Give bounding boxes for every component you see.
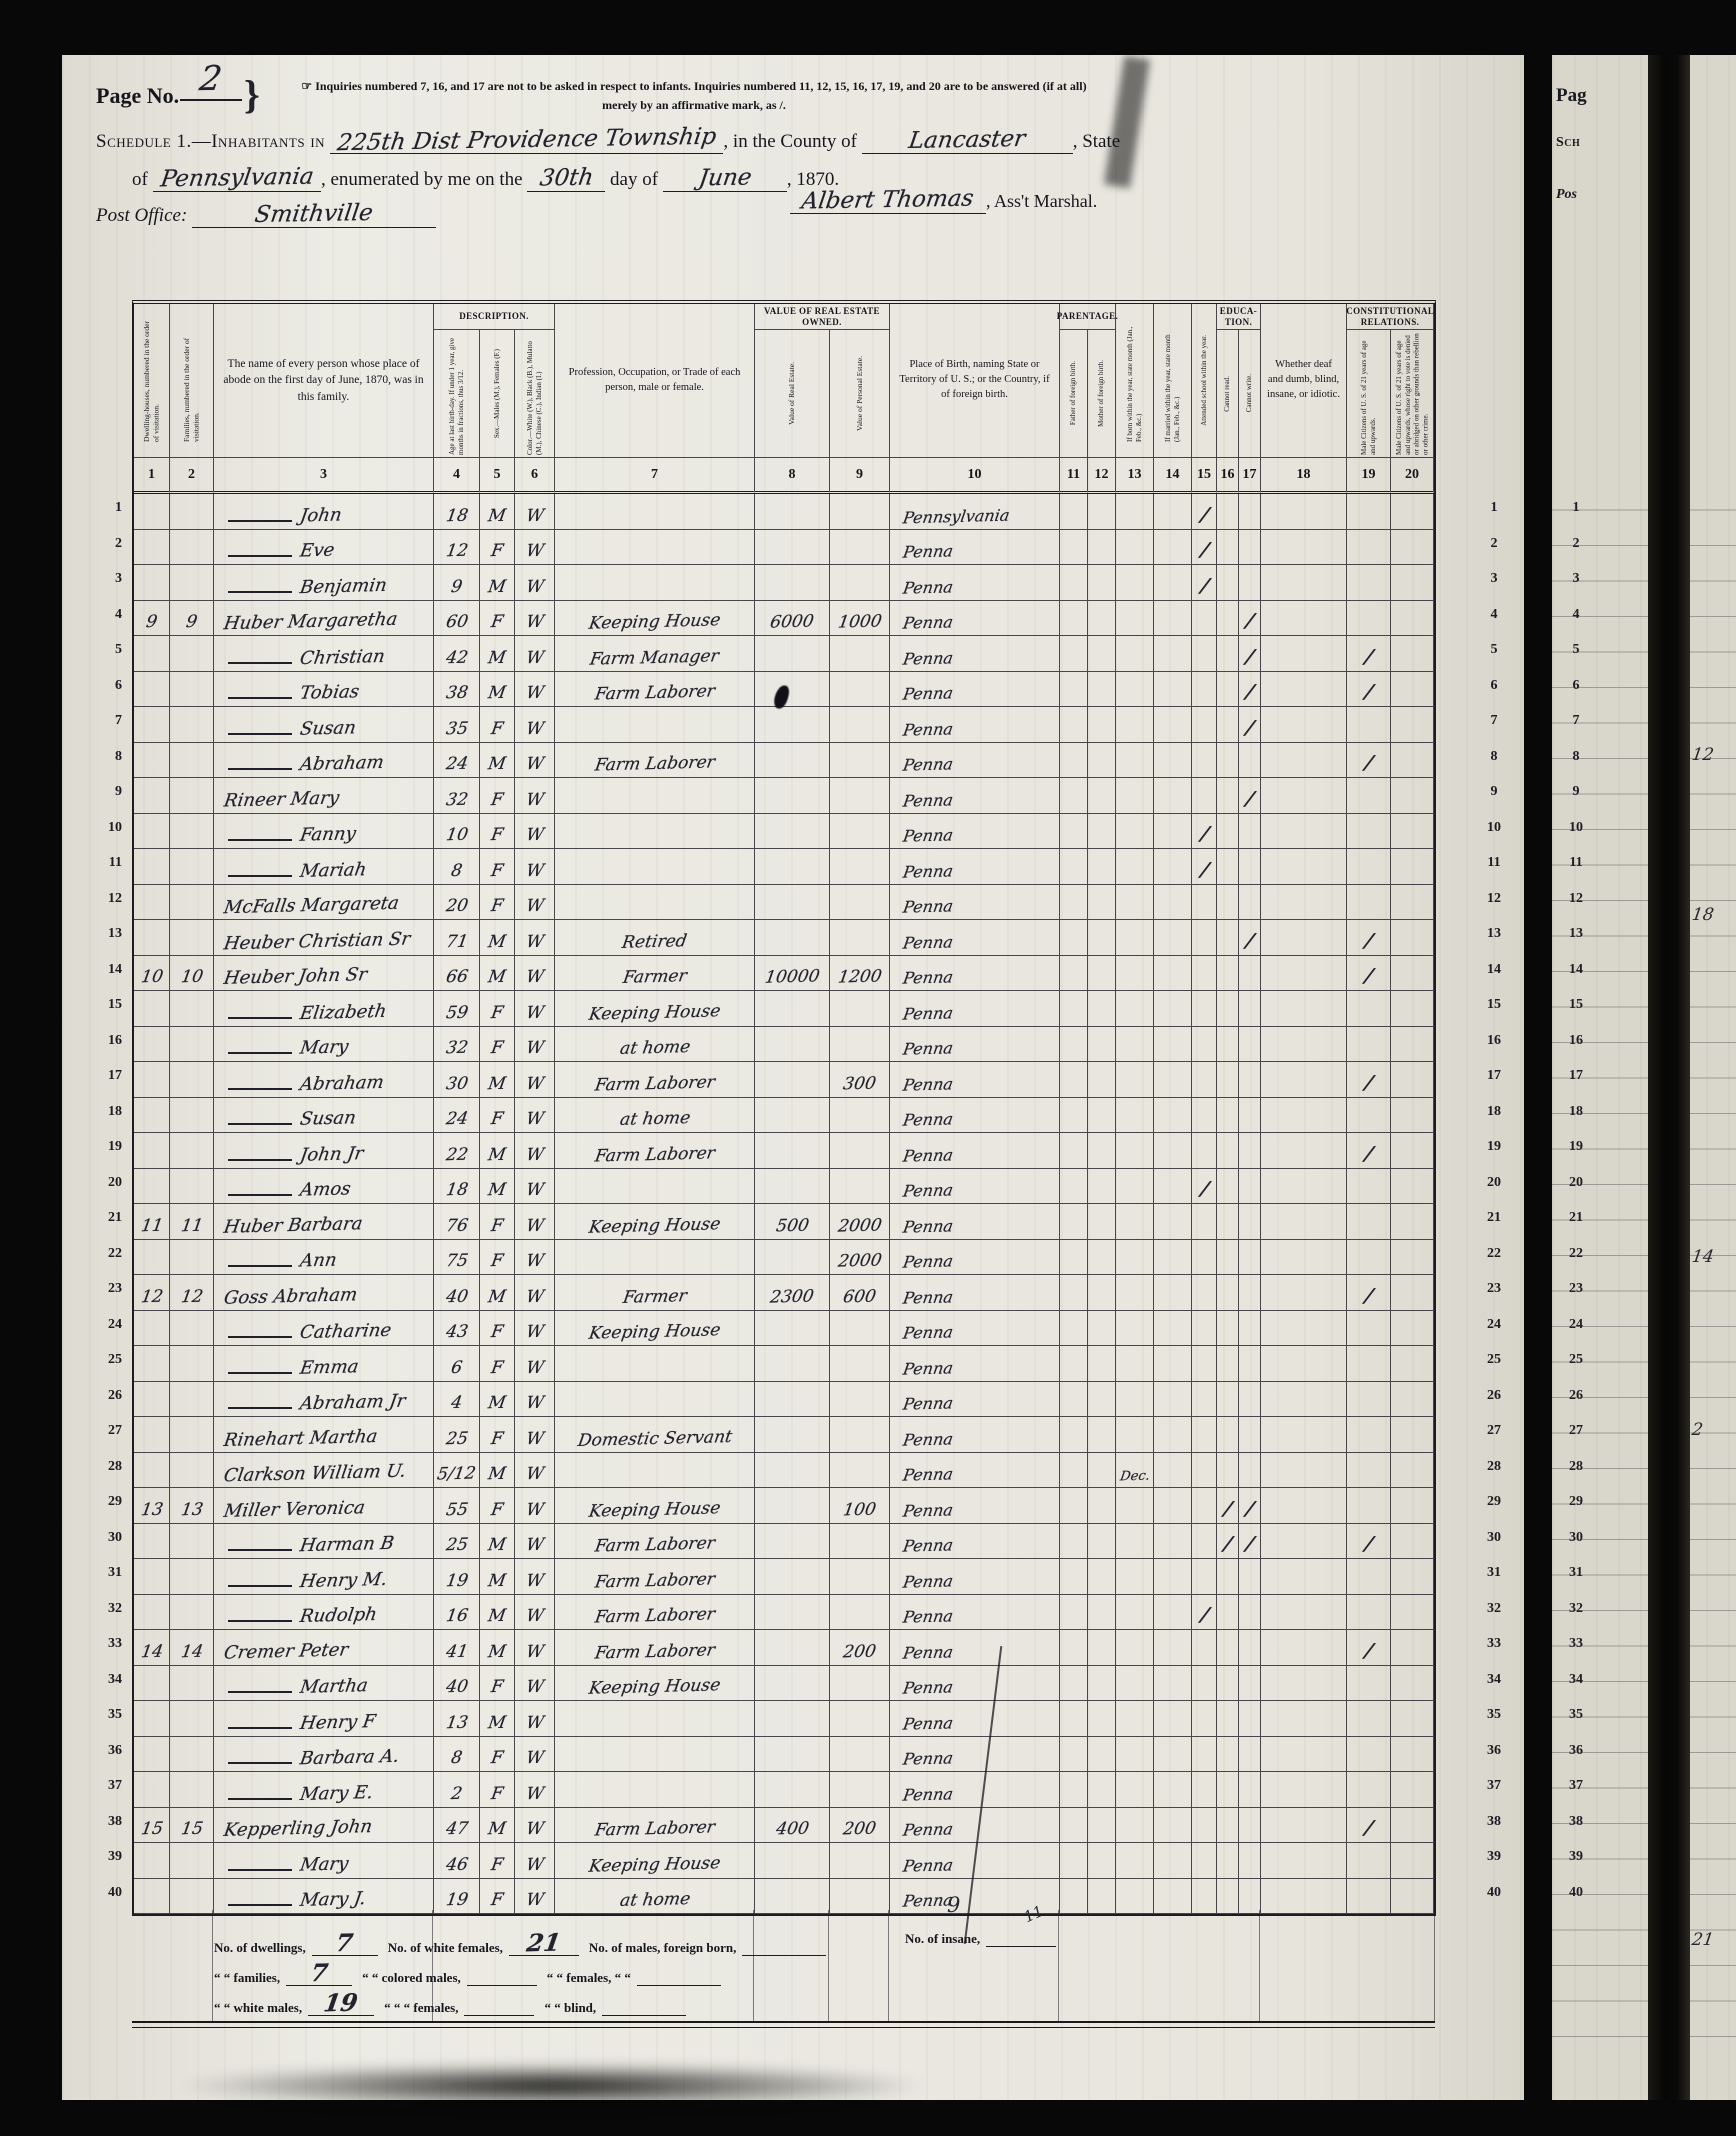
cell-m17-row38 <box>1239 1808 1261 1844</box>
cell-family-row17 <box>170 1062 214 1098</box>
handwritten-value: W <box>524 969 545 989</box>
cell-m16-row37 <box>1217 1772 1239 1808</box>
cell-dwelling-row18 <box>134 1098 170 1134</box>
cell-name-row18: Susan <box>214 1098 434 1134</box>
cell-m12-row25 <box>1088 1346 1116 1382</box>
cell-birthplace-row6: Penna <box>890 672 1060 708</box>
handwritten-value: 10 <box>179 969 204 990</box>
handwritten-value: F <box>490 1217 505 1237</box>
cell-personal-estate-row30 <box>830 1524 890 1560</box>
adjacent-page-mark-4: 2 <box>1691 1420 1736 1440</box>
margin-row-number-24: 24 <box>86 1307 122 1343</box>
margin-row-number-8: 8 <box>1560 739 1592 775</box>
cell-name-row27: Rinehart Martha <box>214 1417 434 1453</box>
cell-m20-row10 <box>1391 814 1434 850</box>
handwritten-value: Penna <box>901 650 954 670</box>
cell-m11-row33 <box>1060 1630 1088 1666</box>
cell-m17-row24 <box>1239 1311 1261 1347</box>
cell-color-row1: W <box>515 494 555 530</box>
handwritten-value: 600 <box>842 1288 878 1309</box>
cell-m18-row32 <box>1261 1595 1347 1631</box>
margin-row-number-4: 4 <box>1472 597 1516 633</box>
cell-color-row28: W <box>515 1453 555 1489</box>
handwritten-value: 13 <box>139 1501 164 1522</box>
margin-row-number-34: 34 <box>1560 1662 1592 1698</box>
footer-column-rule <box>753 1910 754 2021</box>
handwritten-value: 66 <box>444 969 469 990</box>
handwritten-value: Penna <box>901 934 954 954</box>
summary-dwellings-value: 7 <box>312 1931 378 1956</box>
cell-personal-estate-row32 <box>830 1595 890 1631</box>
cell-name-row13: Heuber Christian Sr <box>214 920 434 956</box>
cell-m20-row16 <box>1391 1027 1434 1063</box>
margin-row-number-15: 15 <box>1560 987 1592 1023</box>
handwritten-value: 1200 <box>836 968 882 989</box>
cell-m19-row1 <box>1347 494 1391 530</box>
summary-white-females-label: No. of white females, <box>388 1940 503 1956</box>
cell-m13-row12 <box>1116 885 1154 921</box>
cell-occupation-row38: Farm Laborer <box>555 1808 755 1844</box>
person-name: Miller Veronica <box>222 1499 366 1524</box>
cell-birthplace-row19: Penna <box>890 1133 1060 1169</box>
cell-m14-row11 <box>1154 849 1192 885</box>
margin-row-number-10: 10 <box>1560 810 1592 846</box>
cell-m20-row1 <box>1391 494 1434 530</box>
post-office-handwriting: Smithville <box>253 200 375 228</box>
cell-color-row33: W <box>515 1630 555 1666</box>
handwritten-value: Penna <box>901 1111 954 1131</box>
handwritten-value: 400 <box>774 1821 810 1842</box>
cell-m18-row18 <box>1261 1098 1347 1134</box>
cell-occupation-row1 <box>555 494 755 530</box>
handwritten-value: Penna <box>901 614 954 634</box>
margin-row-number-19: 19 <box>1560 1129 1592 1165</box>
cell-personal-estate-row7 <box>830 707 890 743</box>
handwritten-value: Farm Laborer <box>593 1535 716 1558</box>
cell-personal-estate-row22: 2000 <box>830 1240 890 1276</box>
margin-row-number-33: 33 <box>1472 1626 1516 1662</box>
cell-m17-row33 <box>1239 1630 1261 1666</box>
affirmative-mark: / <box>1362 683 1374 705</box>
cell-m18-row37 <box>1261 1772 1347 1808</box>
cell-birthplace-row2: Penna <box>890 530 1060 566</box>
cell-dwelling-row38: 15 <box>134 1808 170 1844</box>
cell-m11-row36 <box>1060 1737 1088 1773</box>
cell-dwelling-row39 <box>134 1843 170 1879</box>
cell-m12-row26 <box>1088 1382 1116 1418</box>
margin-row-number-26: 26 <box>1560 1378 1592 1414</box>
cell-m20-row8 <box>1391 743 1434 779</box>
cell-m12-row1 <box>1088 494 1116 530</box>
col-header-20: Male Citizens of U. S. of 21 years of ag… <box>1391 330 1434 458</box>
cell-m19-row25 <box>1347 1346 1391 1382</box>
handwritten-value: 19 <box>444 1892 469 1913</box>
cell-color-row15: W <box>515 991 555 1027</box>
handwritten-value: Keeping House <box>587 612 721 635</box>
handwritten-value: F <box>490 1856 505 1876</box>
cell-m19-row28 <box>1347 1453 1391 1489</box>
cell-m17-row28 <box>1239 1453 1261 1489</box>
handwritten-value: W <box>524 1466 545 1486</box>
cell-m16-row38 <box>1217 1808 1239 1844</box>
margin-row-number-6: 6 <box>1472 668 1516 704</box>
cell-name-row17: Abraham <box>214 1062 434 1098</box>
handwritten-value: M <box>487 969 507 989</box>
cell-m11-row32 <box>1060 1595 1088 1631</box>
cell-real-estate-row8 <box>755 743 830 779</box>
handwritten-value: 2000 <box>836 1217 882 1238</box>
cell-m14-row3 <box>1154 565 1192 601</box>
summary-white-males-label: “ “ white males, <box>214 2000 302 2016</box>
affirmative-mark: / <box>1243 1535 1255 1557</box>
cell-m16-row15 <box>1217 991 1239 1027</box>
cell-m14-row38 <box>1154 1808 1192 1844</box>
cell-m15-row34 <box>1192 1666 1217 1702</box>
cell-m13-row10 <box>1116 814 1154 850</box>
handwritten-value: W <box>524 1217 545 1237</box>
scan-gutter-band <box>1648 55 1690 2100</box>
handwritten-value: Penna <box>901 1431 954 1451</box>
cell-sex-row23: M <box>480 1275 515 1311</box>
handwritten-value: Farmer <box>621 1288 687 1310</box>
cell-name-row6: Tobias <box>214 672 434 708</box>
cell-m12-row6 <box>1088 672 1116 708</box>
cell-dwelling-row28 <box>134 1453 170 1489</box>
cell-name-row12: McFalls Margareta <box>214 885 434 921</box>
cell-family-row14: 10 <box>170 956 214 992</box>
handwritten-value: W <box>524 1537 545 1557</box>
cell-m17-row21 <box>1239 1204 1261 1240</box>
cell-m18-row36 <box>1261 1737 1347 1773</box>
cell-real-estate-row10 <box>755 814 830 850</box>
cell-m16-row25 <box>1217 1346 1239 1382</box>
cell-occupation-row8: Farm Laborer <box>555 743 755 779</box>
margin-row-number-39: 39 <box>1472 1839 1516 1875</box>
handwritten-value: 24 <box>444 1111 469 1132</box>
handwritten-value: Penna <box>901 969 954 989</box>
margin-row-number-6: 6 <box>1560 668 1592 704</box>
affirmative-mark: / <box>1362 1287 1374 1309</box>
cell-m17-row34 <box>1239 1666 1261 1702</box>
margin-row-number-20: 20 <box>1560 1165 1592 1201</box>
col-header-6: Color.—White (W.), Black (B.), Mulatto (… <box>515 330 555 458</box>
cell-m12-row8 <box>1088 743 1116 779</box>
cell-family-row22 <box>170 1240 214 1276</box>
cell-m14-row16 <box>1154 1027 1192 1063</box>
margin-row-number-33: 33 <box>86 1626 122 1662</box>
cell-m19-row15 <box>1347 991 1391 1027</box>
handwritten-value: Penna <box>901 1537 954 1557</box>
cell-m14-row5 <box>1154 636 1192 672</box>
handwritten-value: 40 <box>444 1288 469 1309</box>
affirmative-mark: / <box>1221 1500 1233 1522</box>
handwritten-value: W <box>524 1253 545 1273</box>
scan-shadow <box>172 2063 932 2109</box>
cell-m16-row18 <box>1217 1098 1239 1134</box>
cell-age-row30: 25 <box>434 1524 480 1560</box>
cell-real-estate-row32 <box>755 1595 830 1631</box>
cell-family-row12 <box>170 885 214 921</box>
handwritten-value: 15 <box>139 1821 164 1842</box>
cell-m15-row21 <box>1192 1204 1217 1240</box>
cell-color-row7: W <box>515 707 555 743</box>
handwritten-value: W <box>524 1324 545 1344</box>
margin-row-number-40: 40 <box>86 1875 122 1911</box>
handwritten-value: F <box>490 898 505 918</box>
cell-m15-row4 <box>1192 601 1217 637</box>
handwritten-value: 40 <box>444 1679 469 1700</box>
handwritten-value: Penna <box>901 1360 954 1380</box>
cell-family-row21: 11 <box>170 1204 214 1240</box>
cell-real-estate-row15 <box>755 991 830 1027</box>
cell-occupation-row36 <box>555 1737 755 1773</box>
ditto-line <box>228 875 292 877</box>
cell-m20-row21 <box>1391 1204 1434 1240</box>
cell-m12-row12 <box>1088 885 1116 921</box>
margin-row-number-35: 35 <box>1472 1697 1516 1733</box>
cell-sex-row15: F <box>480 991 515 1027</box>
cell-m17-row15 <box>1239 991 1261 1027</box>
handwritten-value: M <box>487 685 507 705</box>
affirmative-mark: / <box>1221 1535 1233 1557</box>
cell-name-row32: Rudolph <box>214 1595 434 1631</box>
handwritten-value: Keeping House <box>587 1003 721 1026</box>
cell-m13-row16 <box>1116 1027 1154 1063</box>
col-header-11: Father of foreign birth. <box>1060 330 1088 458</box>
cell-m11-row26 <box>1060 1382 1088 1418</box>
affirmative-mark: / <box>1362 1074 1374 1096</box>
cell-m20-row26 <box>1391 1382 1434 1418</box>
cell-occupation-row28 <box>555 1453 755 1489</box>
margin-row-number-29: 29 <box>86 1484 122 1520</box>
handwritten-value: Penna <box>901 1076 954 1096</box>
cell-m12-row36 <box>1088 1737 1116 1773</box>
cell-m13-row31 <box>1116 1559 1154 1595</box>
cell-birthplace-row20: Penna <box>890 1169 1060 1205</box>
col-number-20: 20 <box>1391 458 1434 494</box>
cell-m16-row13 <box>1217 920 1239 956</box>
schedule-prefix: Schedule 1.—Inhabitants in <box>96 131 325 152</box>
cell-occupation-row20 <box>555 1169 755 1205</box>
cell-m16-row39 <box>1217 1843 1239 1879</box>
cell-m14-row36 <box>1154 1737 1192 1773</box>
cell-sex-row18: F <box>480 1098 515 1134</box>
cell-family-row26 <box>170 1382 214 1418</box>
cell-m20-row28 <box>1391 1453 1434 1489</box>
handwritten-value: 100 <box>842 1501 878 1522</box>
person-name: Rineer Mary <box>222 789 340 813</box>
cell-real-estate-row22 <box>755 1240 830 1276</box>
cell-m13-row4 <box>1116 601 1154 637</box>
cell-m13-row28: Dec. <box>1116 1453 1154 1489</box>
cell-m11-row4 <box>1060 601 1088 637</box>
cell-personal-estate-row19 <box>830 1133 890 1169</box>
margin-row-number-39: 39 <box>1560 1839 1592 1875</box>
handwritten-value: 71 <box>444 933 469 954</box>
cell-m15-row29 <box>1192 1488 1217 1524</box>
cell-m18-row38 <box>1261 1808 1347 1844</box>
cell-real-estate-row37 <box>755 1772 830 1808</box>
cell-real-estate-row31 <box>755 1559 830 1595</box>
person-name: Kepperling John <box>222 1818 373 1843</box>
handwritten-value: 10 <box>444 827 469 848</box>
cell-m14-row18 <box>1154 1098 1192 1134</box>
cell-real-estate-row23: 2300 <box>755 1275 830 1311</box>
cell-m20-row22 <box>1391 1240 1434 1276</box>
ditto-line <box>228 1762 292 1764</box>
handwritten-value: Penna <box>901 1821 954 1841</box>
cell-m20-row38 <box>1391 1808 1434 1844</box>
cell-sex-row35: M <box>480 1701 515 1737</box>
cell-m18-row23 <box>1261 1275 1347 1311</box>
cell-m16-row16 <box>1217 1027 1239 1063</box>
handwritten-value: at home <box>618 1891 691 1913</box>
cell-m11-row1 <box>1060 494 1088 530</box>
ditto-line <box>228 697 292 699</box>
cell-birthplace-row31: Penna <box>890 1559 1060 1595</box>
handwritten-value: Penna <box>901 1289 954 1309</box>
handwritten-value: 25 <box>444 1430 469 1451</box>
cell-age-row23: 40 <box>434 1275 480 1311</box>
handwritten-value: F <box>490 1324 505 1344</box>
cell-m16-row5 <box>1217 636 1239 672</box>
cell-occupation-row31: Farm Laborer <box>555 1559 755 1595</box>
cell-color-row24: W <box>515 1311 555 1347</box>
cell-m11-row28 <box>1060 1453 1088 1489</box>
handwritten-value: 16 <box>444 1608 469 1629</box>
cell-m12-row19 <box>1088 1133 1116 1169</box>
cell-color-row8: W <box>515 743 555 779</box>
cell-name-row9: Rineer Mary <box>214 778 434 814</box>
cell-occupation-row34: Keeping House <box>555 1666 755 1702</box>
cell-m14-row19 <box>1154 1133 1192 1169</box>
summary-colored-males-value <box>467 1969 537 1986</box>
cell-name-row15: Elizabeth <box>214 991 434 1027</box>
cell-m19-row9 <box>1347 778 1391 814</box>
cell-dwelling-row33: 14 <box>134 1630 170 1666</box>
cell-m19-row37 <box>1347 1772 1391 1808</box>
cell-m19-row12 <box>1347 885 1391 921</box>
ditto-line <box>228 662 292 664</box>
handwritten-value: Farm Laborer <box>593 1606 716 1629</box>
cell-m17-row9: / <box>1239 778 1261 814</box>
cell-dwelling-row4: 9 <box>134 601 170 637</box>
cell-m18-row40 <box>1261 1879 1347 1915</box>
cell-sex-row19: M <box>480 1133 515 1169</box>
margin-row-number-27: 27 <box>86 1413 122 1449</box>
cell-m13-row36 <box>1116 1737 1154 1773</box>
ditto-line <box>228 1336 292 1338</box>
cell-m17-row39 <box>1239 1843 1261 1879</box>
ditto-line <box>228 520 292 522</box>
margin-row-number-28: 28 <box>1472 1449 1516 1485</box>
col-header-19: Male Citizens of U. S. of 21 years of ag… <box>1347 330 1391 458</box>
affirmative-mark: / <box>1362 1819 1374 1841</box>
cell-m16-row28 <box>1217 1453 1239 1489</box>
cell-m19-row6: / <box>1347 672 1391 708</box>
handwritten-value: Dec. <box>1118 1470 1150 1487</box>
handwritten-value: 60 <box>444 614 469 635</box>
handwritten-value: M <box>487 1146 507 1166</box>
cell-m17-row30: / <box>1239 1524 1261 1560</box>
cell-occupation-row32: Farm Laborer <box>555 1595 755 1631</box>
person-name: Huber Barbara <box>222 1215 364 1240</box>
ditto-line <box>228 555 292 557</box>
cell-m12-row32 <box>1088 1595 1116 1631</box>
cell-real-estate-row39 <box>755 1843 830 1879</box>
cell-age-row36: 8 <box>434 1737 480 1773</box>
cell-m13-row39 <box>1116 1843 1154 1879</box>
handwritten-value: 18 <box>444 1182 469 1203</box>
state-handwriting: Pennsylvania <box>159 164 315 193</box>
handwritten-value: Farmer <box>621 968 687 990</box>
cell-occupation-row40: at home <box>555 1879 755 1915</box>
cell-occupation-row24: Keeping House <box>555 1311 755 1347</box>
cell-m19-row26 <box>1347 1382 1391 1418</box>
handwritten-value: M <box>487 1075 507 1095</box>
cell-m17-row25 <box>1239 1346 1261 1382</box>
cell-name-row11: Mariah <box>214 849 434 885</box>
col-number-8: 8 <box>755 458 830 494</box>
margin-row-number-8: 8 <box>86 739 122 775</box>
cell-real-estate-row17 <box>755 1062 830 1098</box>
summary-blind-label: “ “ blind, <box>544 2000 596 2016</box>
cell-m17-row1 <box>1239 494 1261 530</box>
handwritten-value: Farm Laborer <box>593 683 716 706</box>
cell-dwelling-row15 <box>134 991 170 1027</box>
handwritten-value: 11 <box>139 1217 164 1238</box>
cell-m18-row34 <box>1261 1666 1347 1702</box>
affirmative-mark: / <box>1362 648 1374 670</box>
cell-m13-row1 <box>1116 494 1154 530</box>
cell-family-row8 <box>170 743 214 779</box>
cell-m12-row9 <box>1088 778 1116 814</box>
handwritten-value: Penna <box>901 1395 954 1415</box>
cell-m14-row10 <box>1154 814 1192 850</box>
cell-m19-row29 <box>1347 1488 1391 1524</box>
cell-m19-row3 <box>1347 565 1391 601</box>
handwritten-value: 2 <box>450 1785 464 1805</box>
cell-sex-row21: F <box>480 1204 515 1240</box>
handwritten-value: W <box>524 720 545 740</box>
handwritten-value: F <box>490 720 505 740</box>
cell-dwelling-row14: 10 <box>134 956 170 992</box>
cell-real-estate-row28 <box>755 1453 830 1489</box>
cell-occupation-row13: Retired <box>555 920 755 956</box>
cell-birthplace-row18: Penna <box>890 1098 1060 1134</box>
margin-row-number-27: 27 <box>1560 1413 1592 1449</box>
margin-row-number-30: 30 <box>1560 1520 1592 1556</box>
cell-age-row16: 32 <box>434 1027 480 1063</box>
cell-family-row39 <box>170 1843 214 1879</box>
cell-m11-row14 <box>1060 956 1088 992</box>
cell-birthplace-row36: Penna <box>890 1737 1060 1773</box>
margin-row-number-32: 32 <box>1560 1591 1592 1627</box>
col-header-3: The name of every person whose place of … <box>214 304 434 458</box>
cell-name-row23: Goss Abraham <box>214 1275 434 1311</box>
cell-m14-row2 <box>1154 530 1192 566</box>
cell-color-row35: W <box>515 1701 555 1737</box>
margin-row-number-12: 12 <box>1472 881 1516 917</box>
day-field: 30th <box>527 165 605 192</box>
cell-m18-row15 <box>1261 991 1347 1027</box>
cell-m14-row7 <box>1154 707 1192 743</box>
cell-real-estate-row3 <box>755 565 830 601</box>
cell-m19-row17: / <box>1347 1062 1391 1098</box>
margin-row-number-22: 22 <box>1560 1236 1592 1272</box>
cell-m17-row40 <box>1239 1879 1261 1915</box>
margin-row-number-34: 34 <box>1472 1662 1516 1698</box>
